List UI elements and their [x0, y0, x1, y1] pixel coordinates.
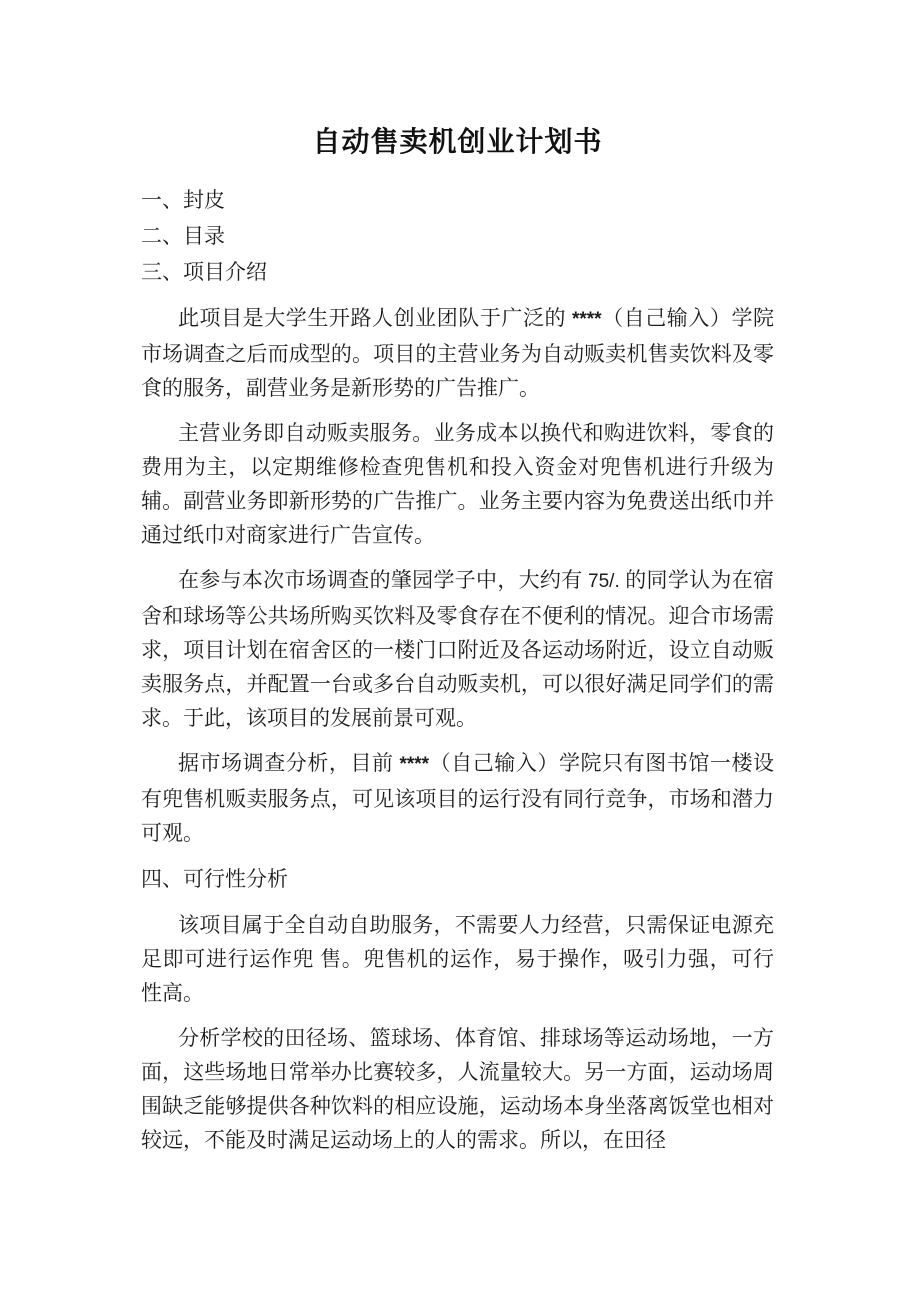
- body-paragraph: 据市场调查分析，目前 ****（自己输入）学院只有图书馆一楼设有兜售机贩卖服务点…: [141, 746, 774, 850]
- section-heading: 一、封皮: [141, 182, 774, 218]
- text-run: 在参与本次市场调查的肇园学子中，大约有: [178, 568, 588, 592]
- text-run: 该项目属于全自动自助服务，不需要人力经营，只需保证电源充足即可进行运作兜 售。兜…: [141, 913, 774, 1005]
- body-paragraph: 主营业务即自动贩卖服务。业务成本以换代和购进饮料，零食的费用为主，以定期维修检查…: [141, 416, 774, 552]
- section-heading: 二、目录: [141, 218, 774, 254]
- document-body: 一、封皮二、目录三、项目介绍此项目是大学生开路人创业团队于广泛的 ****（自己…: [141, 182, 774, 1157]
- document-title: 自动售卖机创业计划书: [141, 120, 774, 166]
- text-run: 分析学校的田径场、篮球场、体育馆、排球场等运动场地，一方面，这些场地日常举办比赛…: [141, 1026, 774, 1152]
- section-heading: 三、项目介绍: [141, 254, 774, 290]
- text-run: 75/.: [588, 571, 620, 592]
- text-run: ****: [399, 754, 429, 775]
- section-heading: 四、可行性分析: [141, 861, 774, 897]
- text-run: ****: [572, 309, 602, 330]
- body-paragraph: 分析学校的田径场、篮球场、体育馆、排球场等运动场地，一方面，这些场地日常举办比赛…: [141, 1021, 774, 1157]
- body-paragraph: 该项目属于全自动自助服务，不需要人力经营，只需保证电源充足即可进行运作兜 售。兜…: [141, 908, 774, 1010]
- text-run: 此项目是大学生开路人创业团队于广泛的: [178, 306, 572, 330]
- body-paragraph: 此项目是大学生开路人创业团队于广泛的 ****（自己输入）学院市场调查之后而成型…: [141, 301, 774, 405]
- text-run: 主营业务即自动贩卖服务。业务成本以换代和购进饮料，零食的费用为主，以定期维修检查…: [141, 421, 774, 547]
- text-run: 的同学认为在宿舍和球场等公共场所购买饮料及零食存在不便利的情况。迎合市场需求，项…: [141, 568, 774, 730]
- text-run: 据市场调查分析，目前: [178, 751, 399, 775]
- body-paragraph: 在参与本次市场调查的肇园学子中，大约有 75/. 的同学认为在宿舍和球场等公共场…: [141, 563, 774, 735]
- document-page: 自动售卖机创业计划书 一、封皮二、目录三、项目介绍此项目是大学生开路人创业团队于…: [0, 0, 920, 1303]
